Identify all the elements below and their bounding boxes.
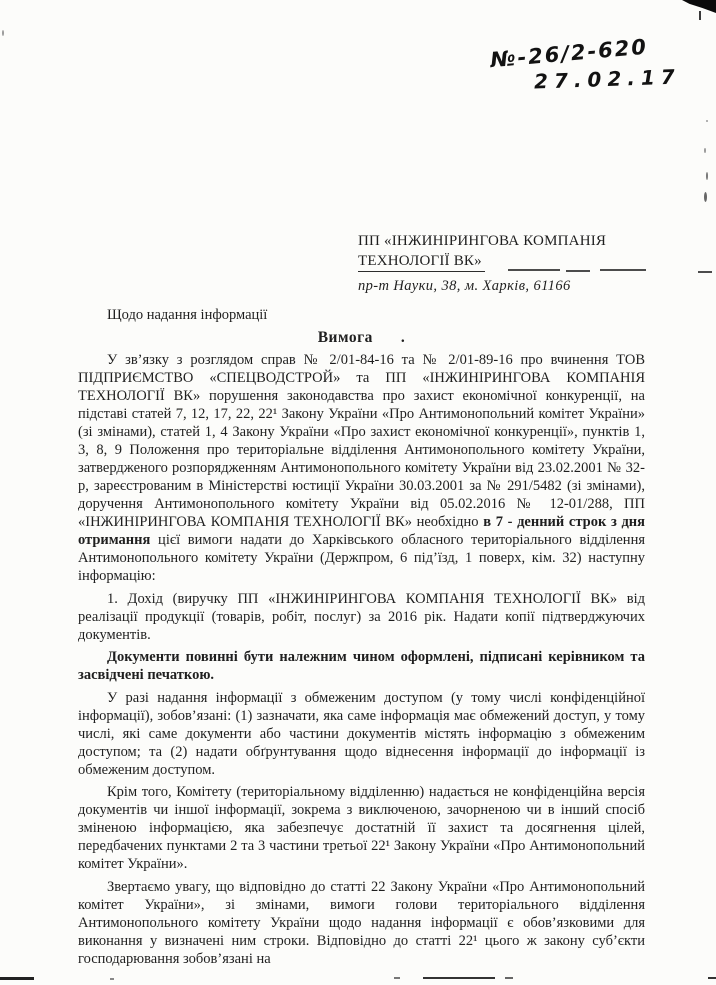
paragraph-item-1-income: 1. Дохід (виручку ПП «ІНЖИНІРИНГОВА КОМП… <box>78 590 645 644</box>
scan-artifact-dash <box>600 269 646 271</box>
text-run: цієї вимоги надати до Харківського облас… <box>78 532 645 584</box>
scan-artifact-dash <box>708 977 716 979</box>
scan-artifact-dash <box>110 978 114 980</box>
paragraph-attention-article-22: Звертаємо увагу, що відповідно до статті… <box>78 878 645 968</box>
text-run: Звертаємо увагу, що відповідно до статті… <box>78 879 645 967</box>
recipient-address: пр-т Науки, 38, м. Харків, 61166 <box>358 276 658 296</box>
subject-line: Щодо надання інформації <box>107 306 645 324</box>
scan-artifact-dash <box>423 977 495 979</box>
scan-artifact-speck <box>2 30 4 36</box>
scan-artifact-dash <box>566 270 590 272</box>
handwritten-date: 27.02.17 <box>534 64 681 93</box>
recipient-name-line1: ПП «ІНЖИНІРИНГОВА КОМПАНІЯ <box>358 231 658 251</box>
text-run: У разі надання інформації з обмеженим до… <box>78 690 645 778</box>
recipient-name-underlined: ТЕХНОЛОГІЇ ВК» <box>358 251 485 272</box>
title-trailing-dot: . <box>401 329 405 347</box>
text-run: У зв’язку з розглядом справ № 2/01-84-16… <box>78 352 645 530</box>
text-run: Крім того, Комітету (територіальному від… <box>78 784 645 872</box>
paragraph-non-confidential-version: Крім того, Комітету (територіальному від… <box>78 783 645 873</box>
document-title: Вимога <box>318 329 373 346</box>
paragraph-intro-legal-basis: У зв’язку з розглядом справ № 2/01-84-16… <box>78 351 645 585</box>
text-run-bold: Документи повинні бути належним чином оф… <box>78 649 645 683</box>
scan-artifact-speck <box>704 192 707 202</box>
document-page: №-26/2-620 27.02.17 ПП «ІНЖИНІРИНГОВА КО… <box>0 0 716 985</box>
scan-artifact-corner-tick <box>699 11 701 20</box>
scan-artifact-speck <box>706 172 708 180</box>
paragraph-restricted-access-info: У разі надання інформації з обмеженим до… <box>78 689 645 779</box>
handwritten-note: №-26/2-620 27.02.17 <box>490 40 681 91</box>
scan-artifact-speck <box>704 148 706 153</box>
title-row: Вимога. <box>78 329 645 347</box>
scan-artifact-dash <box>394 977 400 979</box>
scan-artifact-speck <box>706 120 708 122</box>
paragraph-documents-requirements: Документи повинні бути належним чином оф… <box>78 648 645 684</box>
text-run: 1. Дохід (виручку ПП «ІНЖИНІРИНГОВА КОМП… <box>78 591 645 643</box>
recipient-block: ПП «ІНЖИНІРИНГОВА КОМПАНІЯ ТЕХНОЛОГІЇ ВК… <box>358 231 658 296</box>
scan-artifact-dash <box>0 977 34 980</box>
scan-artifact-dash <box>698 271 712 273</box>
scan-artifact-dash <box>508 269 560 271</box>
scan-artifact-dash <box>505 977 513 979</box>
letter-body: Щодо надання інформації Вимога. У зв’язк… <box>78 306 645 972</box>
